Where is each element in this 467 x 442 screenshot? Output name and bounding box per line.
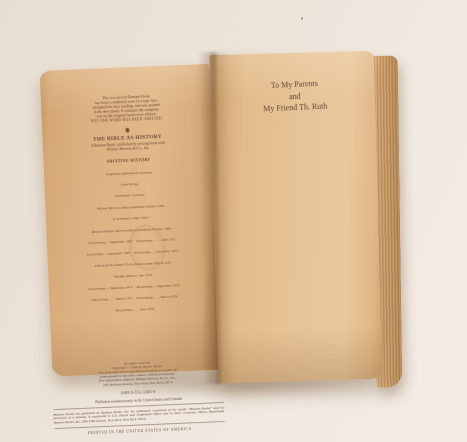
- bantam-rooster-icon: [125, 128, 129, 133]
- copyright-page: This low-priced Bantam Book has been com…: [40, 64, 223, 377]
- text-line: Düsseldorf, Germany: [43, 191, 218, 202]
- open-book: This low-priced Bantam Book has been com…: [42, 48, 403, 391]
- text-line: William Morrow edition published October…: [43, 202, 218, 213]
- stamp-gap: [48, 316, 224, 365]
- text-line: Bantam edition | June 1974: [46, 271, 221, 282]
- dust-speck: [301, 17, 303, 20]
- text-line: 2nd printing — September 1974 4th printi…: [46, 282, 221, 293]
- photo-background: This low-priced Bantam Book has been com…: [0, 0, 467, 442]
- text-line: 6th printing . . . . June 1979: [47, 305, 222, 316]
- text-line: 3rd printing . . . . March 1975 5th prin…: [47, 293, 222, 304]
- dedication-page: To My Parents and My Friend Th. Ruth: [210, 51, 383, 383]
- text-line: Originally published in Germany: [42, 168, 217, 179]
- text-line: (2 printings to May 1961): [44, 214, 219, 225]
- dedication: To My Parents and My Friend Th. Ruth: [234, 76, 355, 116]
- text-line: Econ Verlag: [42, 179, 217, 190]
- reset-notice: This low-priced Bantam Book has been com…: [38, 92, 214, 127]
